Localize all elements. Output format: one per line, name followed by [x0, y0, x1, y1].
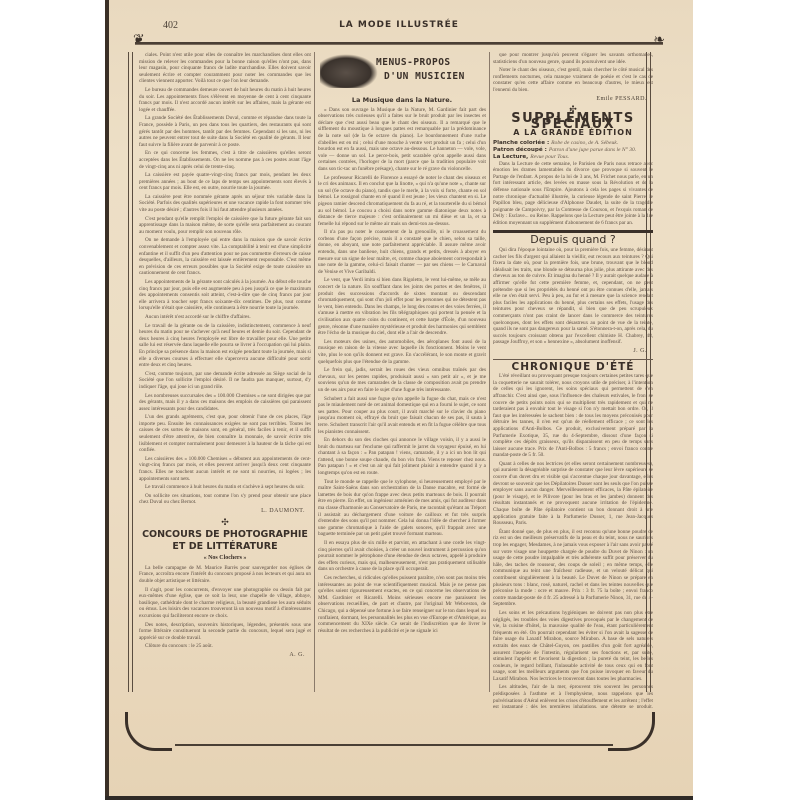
supplement-item: La Lecture, Revue pour Tous. — [493, 154, 653, 161]
paragraph: que pour montrer jusqu'où peuvent s'égar… — [493, 52, 653, 65]
fleuron-icon: ✣ — [139, 519, 311, 526]
paragraph: En ce qui concerne les femmes, c'est à t… — [139, 150, 311, 170]
paragraph: Aucun intérêt n'est accordé sur le chiff… — [139, 314, 311, 321]
paragraph: Les caissières des « 100.000 Chemises » … — [139, 456, 311, 482]
paragraph: Les altitudes, l'air de la mer, éprouven… — [493, 684, 653, 708]
paragraph: Le frein qui, jadis, serrait les roues d… — [318, 367, 486, 393]
paragraph: Quant à celles de nos lectrices (et elle… — [493, 461, 653, 527]
frame-border-left — [128, 52, 133, 692]
page-edge — [105, 0, 109, 796]
paragraph: Clôture du concours : le 25 août. — [139, 643, 311, 650]
paragraph: La caissière est payée quatre-vingt-cinq… — [139, 172, 311, 192]
paragraph: En dehors du son des cloches qui annonce… — [318, 437, 486, 477]
paragraph: La grande Société des Établissements Duv… — [139, 115, 311, 148]
paragraph: Il s'agit, pour les concurrents, d'envoy… — [139, 587, 311, 620]
depuis-signature: J. G. — [493, 348, 647, 355]
supplement-item: Planche coloriée : Robe de casino, de A.… — [493, 140, 653, 147]
running-title: LA MODE ILLUSTRÉE — [105, 20, 693, 30]
paragraph: Le travail commence à huit heures du mat… — [139, 484, 311, 491]
paragraph: Le bureau de commandes demeure ouvert de… — [139, 87, 311, 113]
supplements-subtitle: A LA GRANDE ÉDITION — [493, 130, 653, 137]
paragraph: L'un des grands agréments, c'est que, po… — [139, 414, 311, 454]
frame-corner-ornament — [608, 712, 655, 751]
concours-subtitle: « Nos Clochers » — [139, 555, 311, 562]
author-signature: Emile PESSARD. — [493, 96, 647, 103]
article-music: « Dans son ouvrage la Musique de la Natu… — [318, 107, 486, 635]
column-3: que pour montrer jusqu'où peuvent s'égar… — [493, 52, 653, 708]
banner-subtitle: D'UN MUSICIEN — [376, 70, 484, 84]
column-divider — [314, 52, 315, 692]
paragraph: Il en essaya plus de six mille et parvin… — [318, 540, 486, 573]
frame-corner-ornament — [125, 712, 172, 751]
banner-title: MENUS-PROPOS — [376, 56, 484, 70]
paragraph: C'est, comme toujours, par une demande é… — [139, 371, 311, 391]
supplements-paragraph: Dans la Lecture de cette semaine, le Par… — [493, 161, 653, 227]
paragraph: Le travail de la gérante ou de la caissi… — [139, 323, 311, 369]
paragraph: Les appointements de la gérante sont cal… — [139, 279, 311, 312]
paragraph: C'est pendant qu'elle remplit l'emploi d… — [139, 216, 311, 236]
supplements-list: Planche coloriée : Robe de casino, de A.… — [493, 140, 653, 161]
paragraph: L'été réveillant ou provoquant presque t… — [493, 373, 653, 459]
ornament-icon: ❧ — [653, 32, 665, 49]
chronique-title: CHRONIQUE D'ÉTÉ — [493, 364, 653, 371]
paragraph: On sollicite ces situations, tout comme … — [139, 493, 311, 506]
paragraph: ciales. Point n'est utile pour elles de … — [139, 52, 311, 85]
paragraph: Noter le chant des oiseaux, c'est gentil… — [493, 67, 653, 93]
scan-bottom-edge — [105, 796, 693, 800]
menus-propos-banner: MENUS-PROPOS D'UN MUSICIEN — [318, 52, 486, 94]
section-rule — [493, 359, 653, 360]
paragraph: Les nombreuses succursales des « 100.000… — [139, 393, 311, 413]
author-signature: L. DAUMONT. — [139, 508, 305, 515]
concours-title: CONCOURS DE PHOTOGRAPHIE ET DE LITTÉRATU… — [139, 529, 311, 553]
paragraph: La belle campagne de M. Maurice Barrès p… — [139, 565, 311, 585]
paragraph: Des notes, description, souvenirs histor… — [139, 622, 311, 642]
paragraph: Il n'a pas pu noter le coassement de la … — [318, 229, 486, 275]
paragraph: Les moteurs des usines, des automobiles,… — [318, 339, 486, 365]
banner-illustration — [320, 54, 378, 88]
paragraph: Le vent, que Verdi imita si bien dans Ri… — [318, 277, 486, 336]
paragraph: « Dans son ouvrage la Musique de la Natu… — [318, 107, 486, 173]
paragraph: Tout le monde se rappelle que le xylopho… — [318, 479, 486, 538]
concours-body: La belle campagne de M. Maurice Barrès p… — [139, 565, 311, 650]
paragraph: Ces recherches, si ridicules qu'elles pu… — [318, 575, 486, 634]
article-employment: ciales. Point n'est utile pour elles de … — [139, 52, 311, 506]
supplements-title: SUPPLÉMENTS SPÉCIAUX — [493, 116, 653, 129]
supplement-item: Patron découpé : Patron d'une jupe parue… — [493, 147, 653, 154]
paragraph: Le professeur Ricarelli de Florence a es… — [318, 175, 486, 228]
concours-signature: A. G. — [139, 652, 305, 659]
paragraph: On ne demande à l'employée qui entre dan… — [139, 237, 311, 277]
header-rule — [135, 42, 663, 45]
depuis-paragraph: Qui dira l'époque lointaine où, pour la … — [493, 247, 653, 346]
article-music-continued: que pour montrer jusqu'où peuvent s'égar… — [493, 52, 653, 94]
chronique-body: L'été réveillant ou provoquant presque t… — [493, 373, 653, 708]
column-1: ciales. Point n'est utile pour elles de … — [139, 52, 311, 708]
page-header: ❦ 402 LA MODE ILLUSTRÉE ❧ — [105, 0, 693, 48]
section-title: La Musique dans la Nature. — [318, 97, 486, 104]
paragraph: Les soins et les précautions hygiéniques… — [493, 610, 653, 683]
ornament-icon: ❦ — [133, 32, 145, 49]
paragraph: Schubert a fait aussi une fugue qu'on ap… — [318, 396, 486, 436]
frame-border-bottom — [175, 744, 613, 746]
magazine-page: ❦ 402 LA MODE ILLUSTRÉE ❧ ciales. Point … — [105, 0, 693, 796]
column-divider — [489, 52, 490, 692]
paragraph: La caissière peut être nommée gérante ap… — [139, 194, 311, 214]
column-2: MENUS-PROPOS D'UN MUSICIEN La Musique da… — [318, 52, 486, 708]
depuis-title: Depuis quand ? — [493, 237, 653, 244]
paragraph: Étant donné que, de plus en plus, il est… — [493, 529, 653, 608]
